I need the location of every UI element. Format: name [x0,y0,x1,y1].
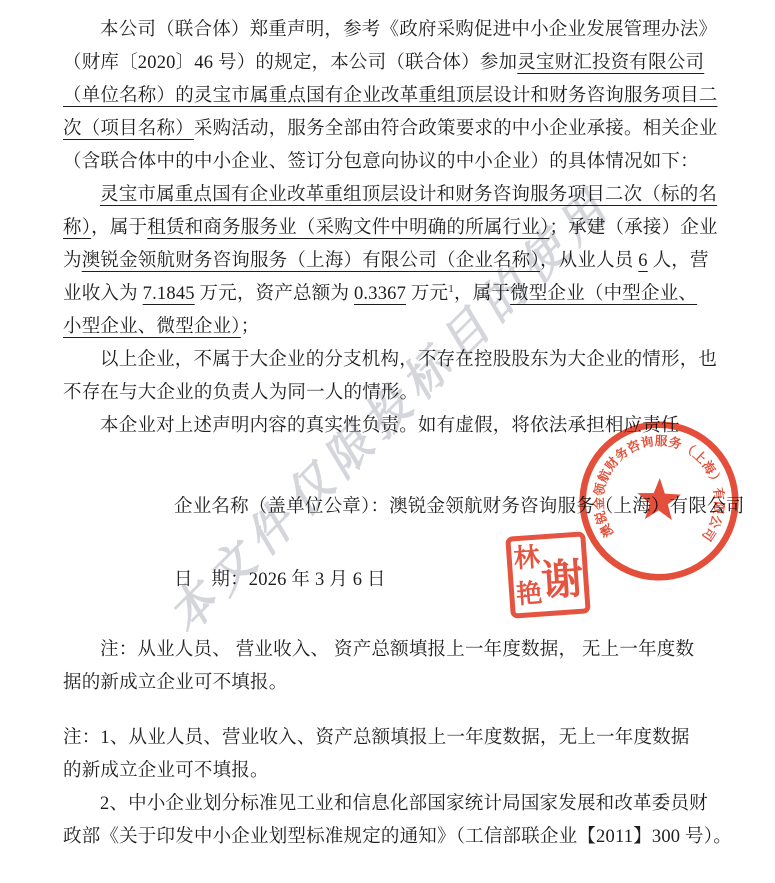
doc-line: 业收入为 7.1845 万元，资产总额为 0.3367 万元1，属于微型企业（中… [63,282,697,306]
doc-line: 次（项目名称）采购活动，服务全部由符合政策要求的中小企业承接。相关企业 [63,117,718,141]
doc-text: 本公司（联合体）郑重声明，参考《政府采购促进中小企业发展管理办法》 [100,20,717,40]
name-seal-char: 谢 [539,546,585,609]
doc-text: 采购活动，服务全部由符合政策要求的中小企业承接。相关企业 [194,119,718,139]
filled-blank-text: 澳锐金领航财务咨询服务（上海）有限公司（企业名称） [82,251,540,271]
doc-line: 本公司（联合体）郑重声明，参考《政府采购促进中小企业发展管理办法》 [100,18,717,42]
doc-text: 业收入为 [63,284,143,304]
name-seal-char: 林 [513,543,541,575]
doc-text: 2、中小企业划分标准见工业和信息化部国家统计局国家发展和改革委员财 [100,794,708,814]
filled-blank-text: 小型企业、微型企业） [63,317,241,337]
doc-line: 日 期：2026 年 3 月 6 日 [174,568,386,592]
filled-blank-text: 次（项目名称） [63,119,194,139]
star-icon [637,477,682,520]
filled-blank-text: 微型企业（中型企业、 [510,284,697,304]
filled-blank-text: 租赁和商务服务业（采购文件中明确的所属行业） [147,218,549,238]
doc-line: 为澳锐金领航财务咨询服务（上海）有限公司（企业名称），从业人员 6 人，营 [63,249,709,273]
doc-line: 据的新成立企业可不填报。 [63,671,287,695]
doc-text: ，从业人员 [540,251,638,271]
doc-text: 注：从业人员、 营业收入、 资产总额填报上一年度数据， 无上一年度数 [100,640,694,660]
doc-text: 据的新成立企业可不填报。 [63,673,287,693]
doc-text: 万元 [406,284,448,304]
doc-text: ，属于 [91,218,147,238]
filled-blank-text: 灵宝财汇投资有限公司 [517,53,704,73]
filled-blank-text: 7.1845 [143,284,195,304]
doc-text: 人，营 [648,251,709,271]
doc-line: 不存在与大企业的负责人为同一人的情形。 [63,381,418,405]
doc-line: （财库〔2020〕46 号）的规定，本公司（联合体）参加灵宝财汇投资有限公司 [63,51,704,75]
doc-text: 注：1、从业人员、营业收入、资产总额填报上一年度数据，无上一年度数据 [63,728,690,748]
filled-blank-text: 6 [638,251,647,271]
filled-blank-text: （单位名称）的灵宝市属重点国有企业改革重组顶层设计和财务咨询服务项目二 [63,86,718,106]
doc-line: 2、中小企业划分标准见工业和信息化部国家统计局国家发展和改革委员财 [100,792,708,816]
doc-line: 的新成立企业可不填报。 [63,759,269,783]
company-round-seal: 澳锐金领航财务咨询服务（上海）有限公司 [574,416,744,586]
doc-line: 注：从业人员、 营业收入、 资产总额填报上一年度数据， 无上一年度数 [100,638,694,662]
doc-line: 称），属于租赁和商务服务业（采购文件中明确的所属行业）；承建（承接）企业 [63,216,718,240]
doc-text: 日 期：2026 年 3 月 6 日 [174,570,386,590]
doc-text: 的新成立企业可不填报。 [63,761,269,781]
doc-line: 以上企业，不属于大企业的分支机构，不存在控股股东为大企业的情形，也 [100,348,717,372]
filled-blank-text: 0.3367 [354,284,406,304]
doc-text: ，属于 [454,284,510,304]
doc-text: 为 [63,251,82,271]
doc-line: 灵宝市属重点国有企业改革重组顶层设计和财务咨询服务项目二次（标的名 [100,183,717,207]
doc-text: 不存在与大企业的负责人为同一人的情形。 [63,383,418,403]
doc-text: 万元，资产总额为 [195,284,354,304]
doc-text: （财库〔2020〕46 号）的规定，本公司（联合体）参加 [63,53,517,73]
doc-line: 政部《关于印发中小企业划型标准规定的通知》（工信部联企业【2011】300 号）… [63,825,732,849]
doc-text: （含联合体中的中小企业、签订分包意向协议的中小企业）的具体情况如下： [63,152,699,172]
doc-text: ； [241,317,260,337]
personal-name-seal: 林 艳 谢 [505,531,591,618]
doc-line: 注：1、从业人员、营业收入、资产总额填报上一年度数据，无上一年度数据 [63,726,690,750]
filled-blank-text: 称） [63,218,91,238]
doc-line: 小型企业、微型企业）； [63,315,259,339]
document-page: 本文件仅限投标目的使用 本公司（联合体）郑重声明，参考《政府采购促进中小企业发展… [0,0,775,883]
doc-line: （单位名称）的灵宝市属重点国有企业改革重组顶层设计和财务咨询服务项目二 [63,84,718,108]
filled-blank-text: 灵宝市属重点国有企业改革重组顶层设计和财务咨询服务项目二次（标的名 [100,185,717,205]
doc-text: 政部《关于印发中小企业划型标准规定的通知》（工信部联企业【2011】300 号）… [63,827,732,847]
doc-line: （含联合体中的中小企业、签订分包意向协议的中小企业）的具体情况如下： [63,150,699,174]
name-seal-char: 艳 [515,579,543,611]
doc-text: ；承建（承接）企业 [549,218,717,238]
doc-text: 以上企业，不属于大企业的分支机构，不存在控股股东为大企业的情形，也 [100,350,717,370]
